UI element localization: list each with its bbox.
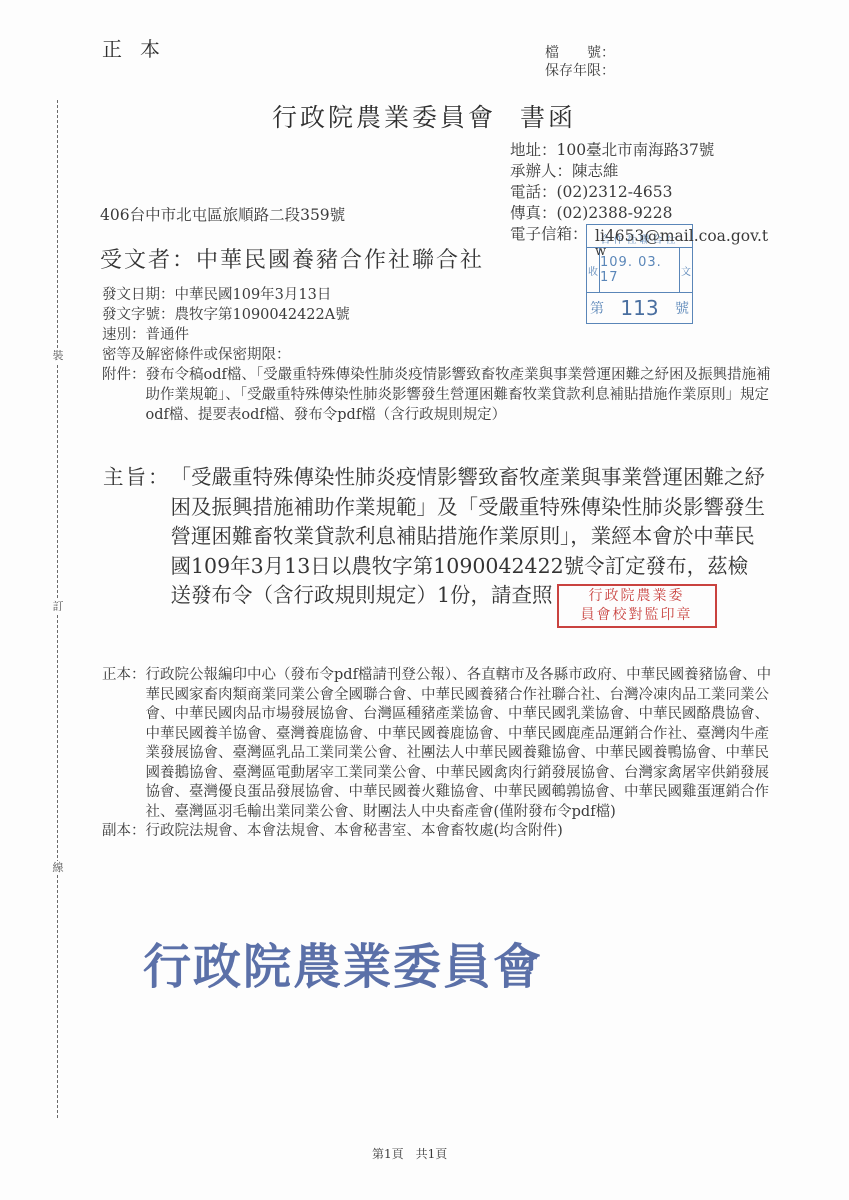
copy-recipients-row: 副本： 行政院法規會、本會法規會、本會秘書室、本會畜牧處(均含附件) — [102, 822, 772, 842]
proofreading-seal: 行政院農業委員會校對監印章 — [557, 584, 717, 628]
agency-name: 行政院農業委員會 — [272, 103, 496, 132]
file-number-label: 檔 號： — [545, 44, 615, 62]
seal-line-1: 行政院農業委 — [589, 588, 685, 604]
binding-label-zhuang: 裝 — [51, 349, 65, 363]
secrecy-row: 密等及解密條件或保密期限： — [102, 345, 772, 365]
document-type: 書函 — [520, 103, 576, 132]
original-recipients-value: 行政院公報編印中心（發布令pdf檔請刊登公報）、各直轄市及各縣市政府、中華民國養… — [146, 666, 773, 822]
subject-block: 主旨： 「受嚴重特殊傳染性肺炎疫情影響致畜牧產業與事業營運困難之紓困及振興措施補… — [103, 463, 768, 628]
original-recipients-row: 正本： 行政院公報編印中心（發布令pdf檔請刊登公報）、各直轄市及各縣市政府、中… — [102, 666, 772, 822]
speed-row: 速別： 普通件 — [102, 325, 772, 345]
subject-label: 主旨： — [103, 463, 171, 628]
speed-label: 速別： — [102, 325, 146, 345]
recipient-address: 406台中市北屯區旅順路二段359號 — [100, 203, 345, 225]
sender-address: 地址：100臺北市南海路37號 — [510, 140, 714, 161]
speed-value: 普通件 — [146, 325, 773, 345]
recipient-label: 受文者： — [100, 248, 196, 273]
recipient: 受文者：中華民國養豬合作社聯合社 — [100, 243, 484, 274]
attachments-row: 附件： 發布令稿odf檔、「受嚴重特殊傳染性肺炎疫情影響致畜牧產業與事業營運困難… — [102, 365, 772, 425]
original-recipients-label: 正本： — [102, 666, 146, 822]
document-title: 行政院農業委員會書函 — [272, 98, 576, 134]
copy-recipients-label: 副本： — [102, 822, 146, 842]
page-number: 第1頁 共1頁 — [372, 1145, 447, 1162]
doc-number-value: 農牧字第1090042422A號 — [175, 305, 773, 325]
sender-email-wrap: w — [595, 245, 768, 259]
copy-mark: 正本 — [102, 33, 178, 62]
sender-fax: 傳真：(02)2388-9228 — [510, 203, 714, 224]
attachments-value: 發布令稿odf檔、「受嚴重特殊傳染性肺炎疫情影響致畜牧產業與事業營運困難之紓困及… — [146, 365, 773, 425]
sender-email-value: li4653@mail.coa.gov.t — [595, 227, 768, 245]
issue-date-label: 發文日期： — [102, 285, 175, 305]
secrecy-label: 密等及解密條件或保密期限： — [102, 345, 291, 365]
attachments-label: 附件： — [102, 365, 146, 425]
binding-label-ding: 訂 — [51, 600, 65, 614]
file-meta: 檔 號： 保存年限： — [545, 44, 615, 80]
document-meta: 發文日期： 中華民國109年3月13日 發文字號： 農牧字第1090042422… — [102, 285, 772, 425]
doc-number-label: 發文字號： — [102, 305, 175, 325]
issue-date-row: 發文日期： 中華民國109年3月13日 — [102, 285, 772, 305]
distribution-block: 正本： 行政院公報編印中心（發布令pdf檔請刊登公報）、各直轄市及各縣市政府、中… — [102, 666, 772, 842]
agency-signature-seal: 行政院農業委員會 — [143, 928, 543, 997]
doc-number-row: 發文字號： 農牧字第1090042422A號 — [102, 305, 772, 325]
copy-recipients-value: 行政院法規會、本會法規會、本會秘書室、本會畜牧處(均含附件) — [146, 822, 773, 842]
recipient-name: 中華民國養豬合作社聯合社 — [196, 248, 484, 273]
issue-date-value: 中華民國109年3月13日 — [175, 285, 773, 305]
sender-handler: 承辦人：陳志維 — [510, 161, 714, 182]
sender-phone: 電話：(02)2312-4653 — [510, 182, 714, 203]
sender-email: li4653@mail.coa.gov.t w — [595, 227, 768, 259]
binding-label-xian: 線 — [51, 861, 65, 875]
seal-line-2: 員會校對監印章 — [581, 607, 693, 623]
retention-label: 保存年限： — [545, 62, 615, 80]
